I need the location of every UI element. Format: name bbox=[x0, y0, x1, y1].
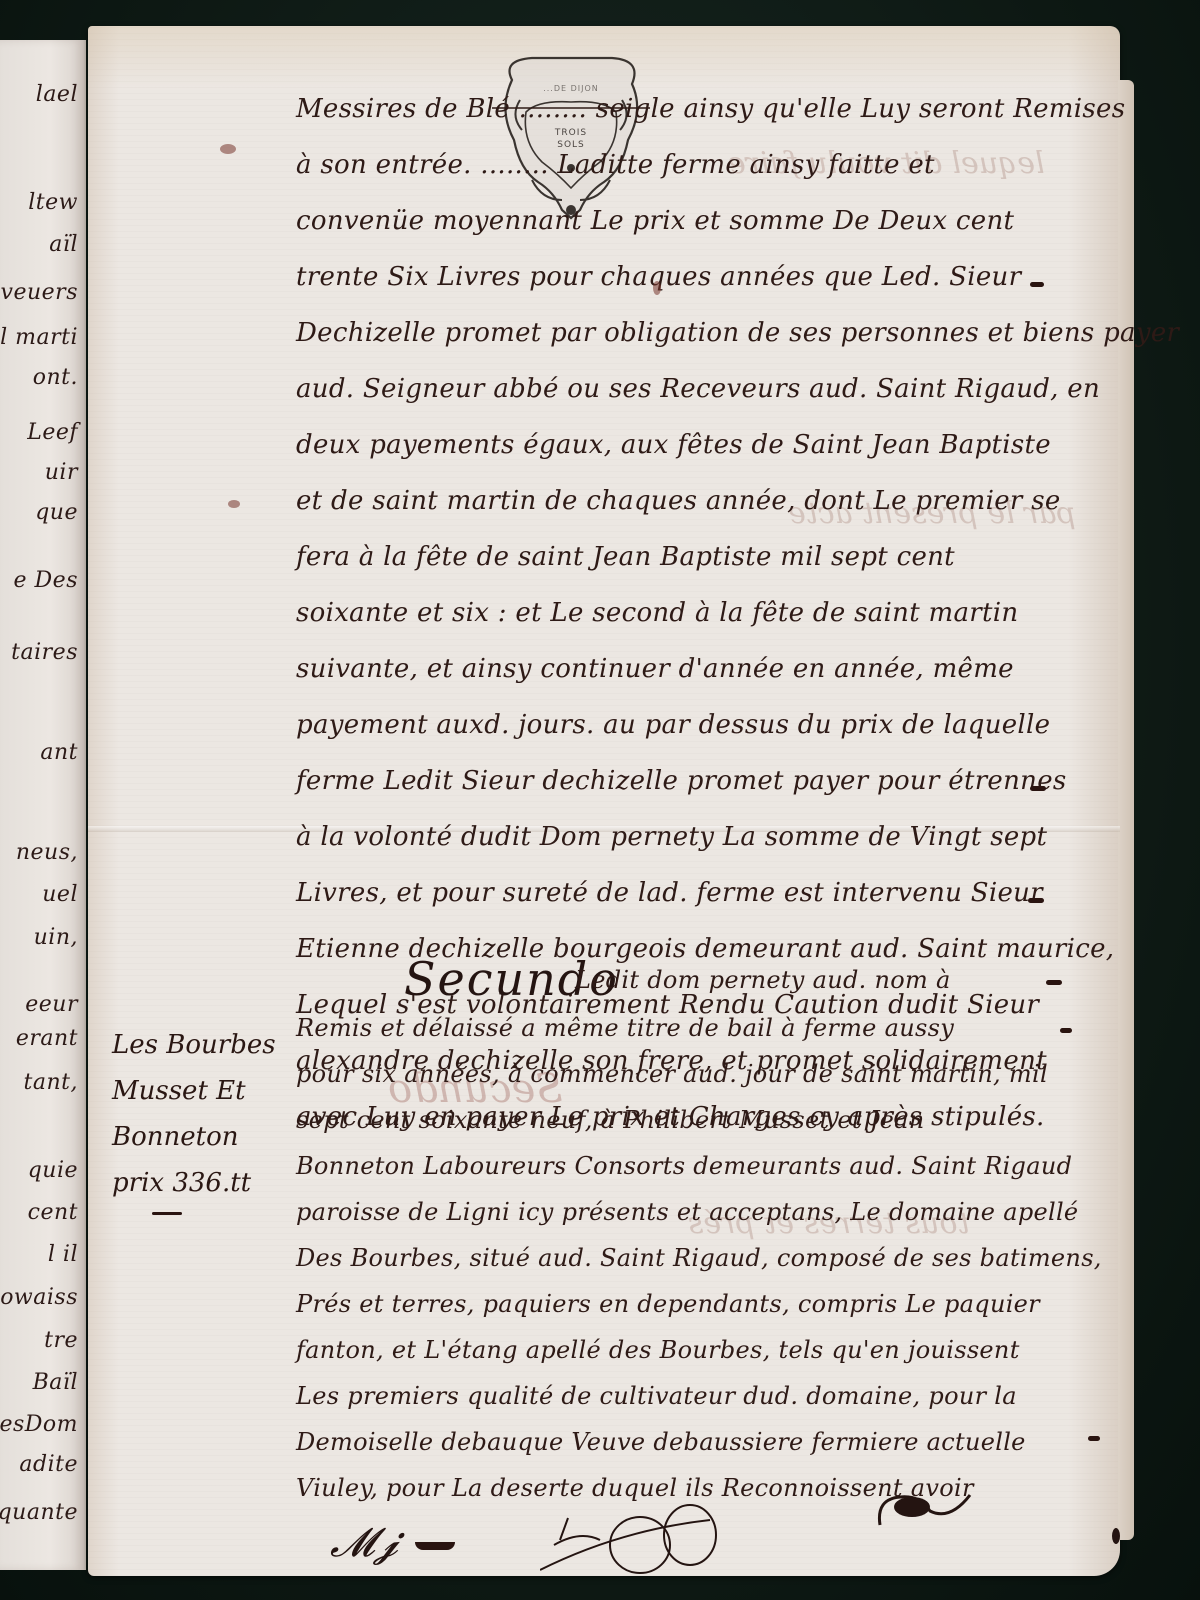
manuscript-line: paroisse de Ligni icy présents et accept… bbox=[296, 1198, 1078, 1226]
left-fragment: uin, bbox=[34, 925, 78, 950]
left-fragment: nquante bbox=[0, 1500, 78, 1525]
ink-drop bbox=[1112, 1528, 1120, 1544]
page-edge bbox=[1118, 80, 1134, 1540]
signature-paraph-2 bbox=[540, 1500, 770, 1580]
manuscript-line: aud. Seigneur abbé ou ses Receveurs aud.… bbox=[296, 374, 1100, 404]
manuscript-line: Ledit dom pernety aud. nom à bbox=[575, 966, 951, 994]
manuscript-line: Prés et terres, paquiers en dependants, … bbox=[296, 1290, 1040, 1318]
manuscript-line: ferme Ledit Sieur dechizelle promet paye… bbox=[296, 766, 1067, 796]
manuscript-line: Livres, et pour sureté de lad. ferme est… bbox=[296, 878, 1043, 908]
left-fragment: l il bbox=[48, 1242, 78, 1267]
manuscript-line: Demoiselle debauque Veuve debaussiere fe… bbox=[296, 1428, 1026, 1456]
ink-blot bbox=[415, 1542, 455, 1550]
left-fragment: l marti bbox=[0, 325, 78, 350]
line-filler-dash bbox=[1030, 786, 1046, 791]
signature-blot-3 bbox=[870, 1485, 980, 1535]
line-filler-dash bbox=[1060, 1028, 1072, 1033]
stamp-value: TROIS bbox=[492, 128, 650, 138]
left-fragment: Leef bbox=[27, 420, 78, 445]
left-fragment: aïl bbox=[49, 232, 78, 257]
left-fragment: ltew bbox=[28, 190, 78, 215]
manuscript-line: sept cent soixante neuf, à Philibert Mus… bbox=[296, 1106, 925, 1134]
left-facing-page: lael ltew aïl veuers l marti ont. Leef u… bbox=[0, 40, 86, 1570]
fiscal-stamp: ...DE DIJON TROIS SOLS bbox=[492, 50, 650, 222]
manuscript-line: Les premiers qualité de cultivateur dud.… bbox=[296, 1382, 1017, 1410]
left-fragment: lael bbox=[36, 82, 78, 107]
manuscript-line: Des Bourbes, situé aud. Saint Rigaud, co… bbox=[296, 1244, 1102, 1272]
left-fragment: eeur bbox=[25, 992, 78, 1017]
left-fragment: besDom bbox=[0, 1412, 78, 1437]
manuscript-line: Messires de Blé ........ seigle ainsy qu… bbox=[296, 94, 1125, 124]
left-fragment: neus, bbox=[16, 840, 78, 865]
left-fragment: tant, bbox=[24, 1070, 78, 1095]
ink-stain bbox=[228, 500, 240, 508]
left-fragment: uir bbox=[45, 460, 78, 485]
manuscript-line: fanton, et L'étang apellé des Bourbes, t… bbox=[296, 1336, 1020, 1364]
left-fragment: tre bbox=[44, 1328, 78, 1353]
left-fragment: erant bbox=[16, 1026, 78, 1051]
line-filler-dash bbox=[1088, 1436, 1100, 1441]
manuscript-line: Remis et délaissé a même titre de bail à… bbox=[296, 1014, 954, 1042]
left-fragment: taires bbox=[11, 640, 78, 665]
manuscript-line: à son entrée. ........ Laditte ferme ain… bbox=[296, 150, 935, 180]
left-fragment: ont. bbox=[33, 365, 78, 390]
manuscript-line: soixante et six : et Le second à la fête… bbox=[296, 598, 1018, 628]
line-filler-dash bbox=[1046, 980, 1062, 985]
margin-note-tenant-2: Bonneton bbox=[112, 1122, 238, 1152]
left-fragment: adite bbox=[19, 1452, 78, 1477]
margin-note-tenant-1: Musset Et bbox=[112, 1076, 246, 1106]
left-fragment: quie bbox=[28, 1158, 78, 1183]
manuscript-line: et de saint martin de chaques année, don… bbox=[296, 486, 1061, 516]
left-fragment: cent bbox=[28, 1200, 78, 1225]
manuscript-line: Dechizelle promet par obligation de ses … bbox=[296, 318, 1179, 348]
ink-stain bbox=[220, 144, 236, 154]
left-fragment: veuers bbox=[1, 280, 78, 305]
line-filler-dash bbox=[1030, 282, 1044, 287]
ink-stain bbox=[653, 281, 661, 295]
manuscript-line: deux payements égaux, aux fêtes de Saint… bbox=[296, 430, 1051, 460]
left-fragment: owaiss bbox=[0, 1285, 78, 1310]
manuscript-line: pour six années, à commencer aud. jour d… bbox=[296, 1060, 1048, 1088]
manuscript-line: convenüe moyennant Le prix et somme De D… bbox=[296, 206, 1014, 236]
left-fragment: uel bbox=[42, 882, 78, 907]
margin-note-price: prix 336.tt bbox=[112, 1168, 251, 1198]
stamp-value-unit: SOLS bbox=[492, 140, 650, 150]
manuscript-line: fera à la fête de saint Jean Baptiste mi… bbox=[296, 542, 955, 572]
margin-note-property: Les Bourbes bbox=[112, 1030, 276, 1060]
manuscript-line: suivante, et ainsy continuer d'année en … bbox=[296, 654, 1014, 684]
stamp-issuer: ...DE DIJON bbox=[492, 84, 650, 93]
manuscript-line: à la volonté dudit Dom pernety La somme … bbox=[296, 822, 1047, 852]
left-fragment: e Des bbox=[14, 568, 78, 593]
left-fragment: ant bbox=[40, 740, 78, 765]
margin-note-underline bbox=[152, 1212, 182, 1215]
signature-flourish-1: 𝓜𝓳 bbox=[330, 1520, 399, 1566]
manuscript-line: payement auxd. jours. au par dessus du p… bbox=[296, 710, 1050, 740]
left-fragment: Baïl bbox=[33, 1370, 78, 1395]
line-filler-dash bbox=[1028, 898, 1044, 903]
left-fragment: que bbox=[35, 500, 78, 525]
manuscript-line: Bonneton Laboureurs Consorts demeurants … bbox=[296, 1152, 1072, 1180]
